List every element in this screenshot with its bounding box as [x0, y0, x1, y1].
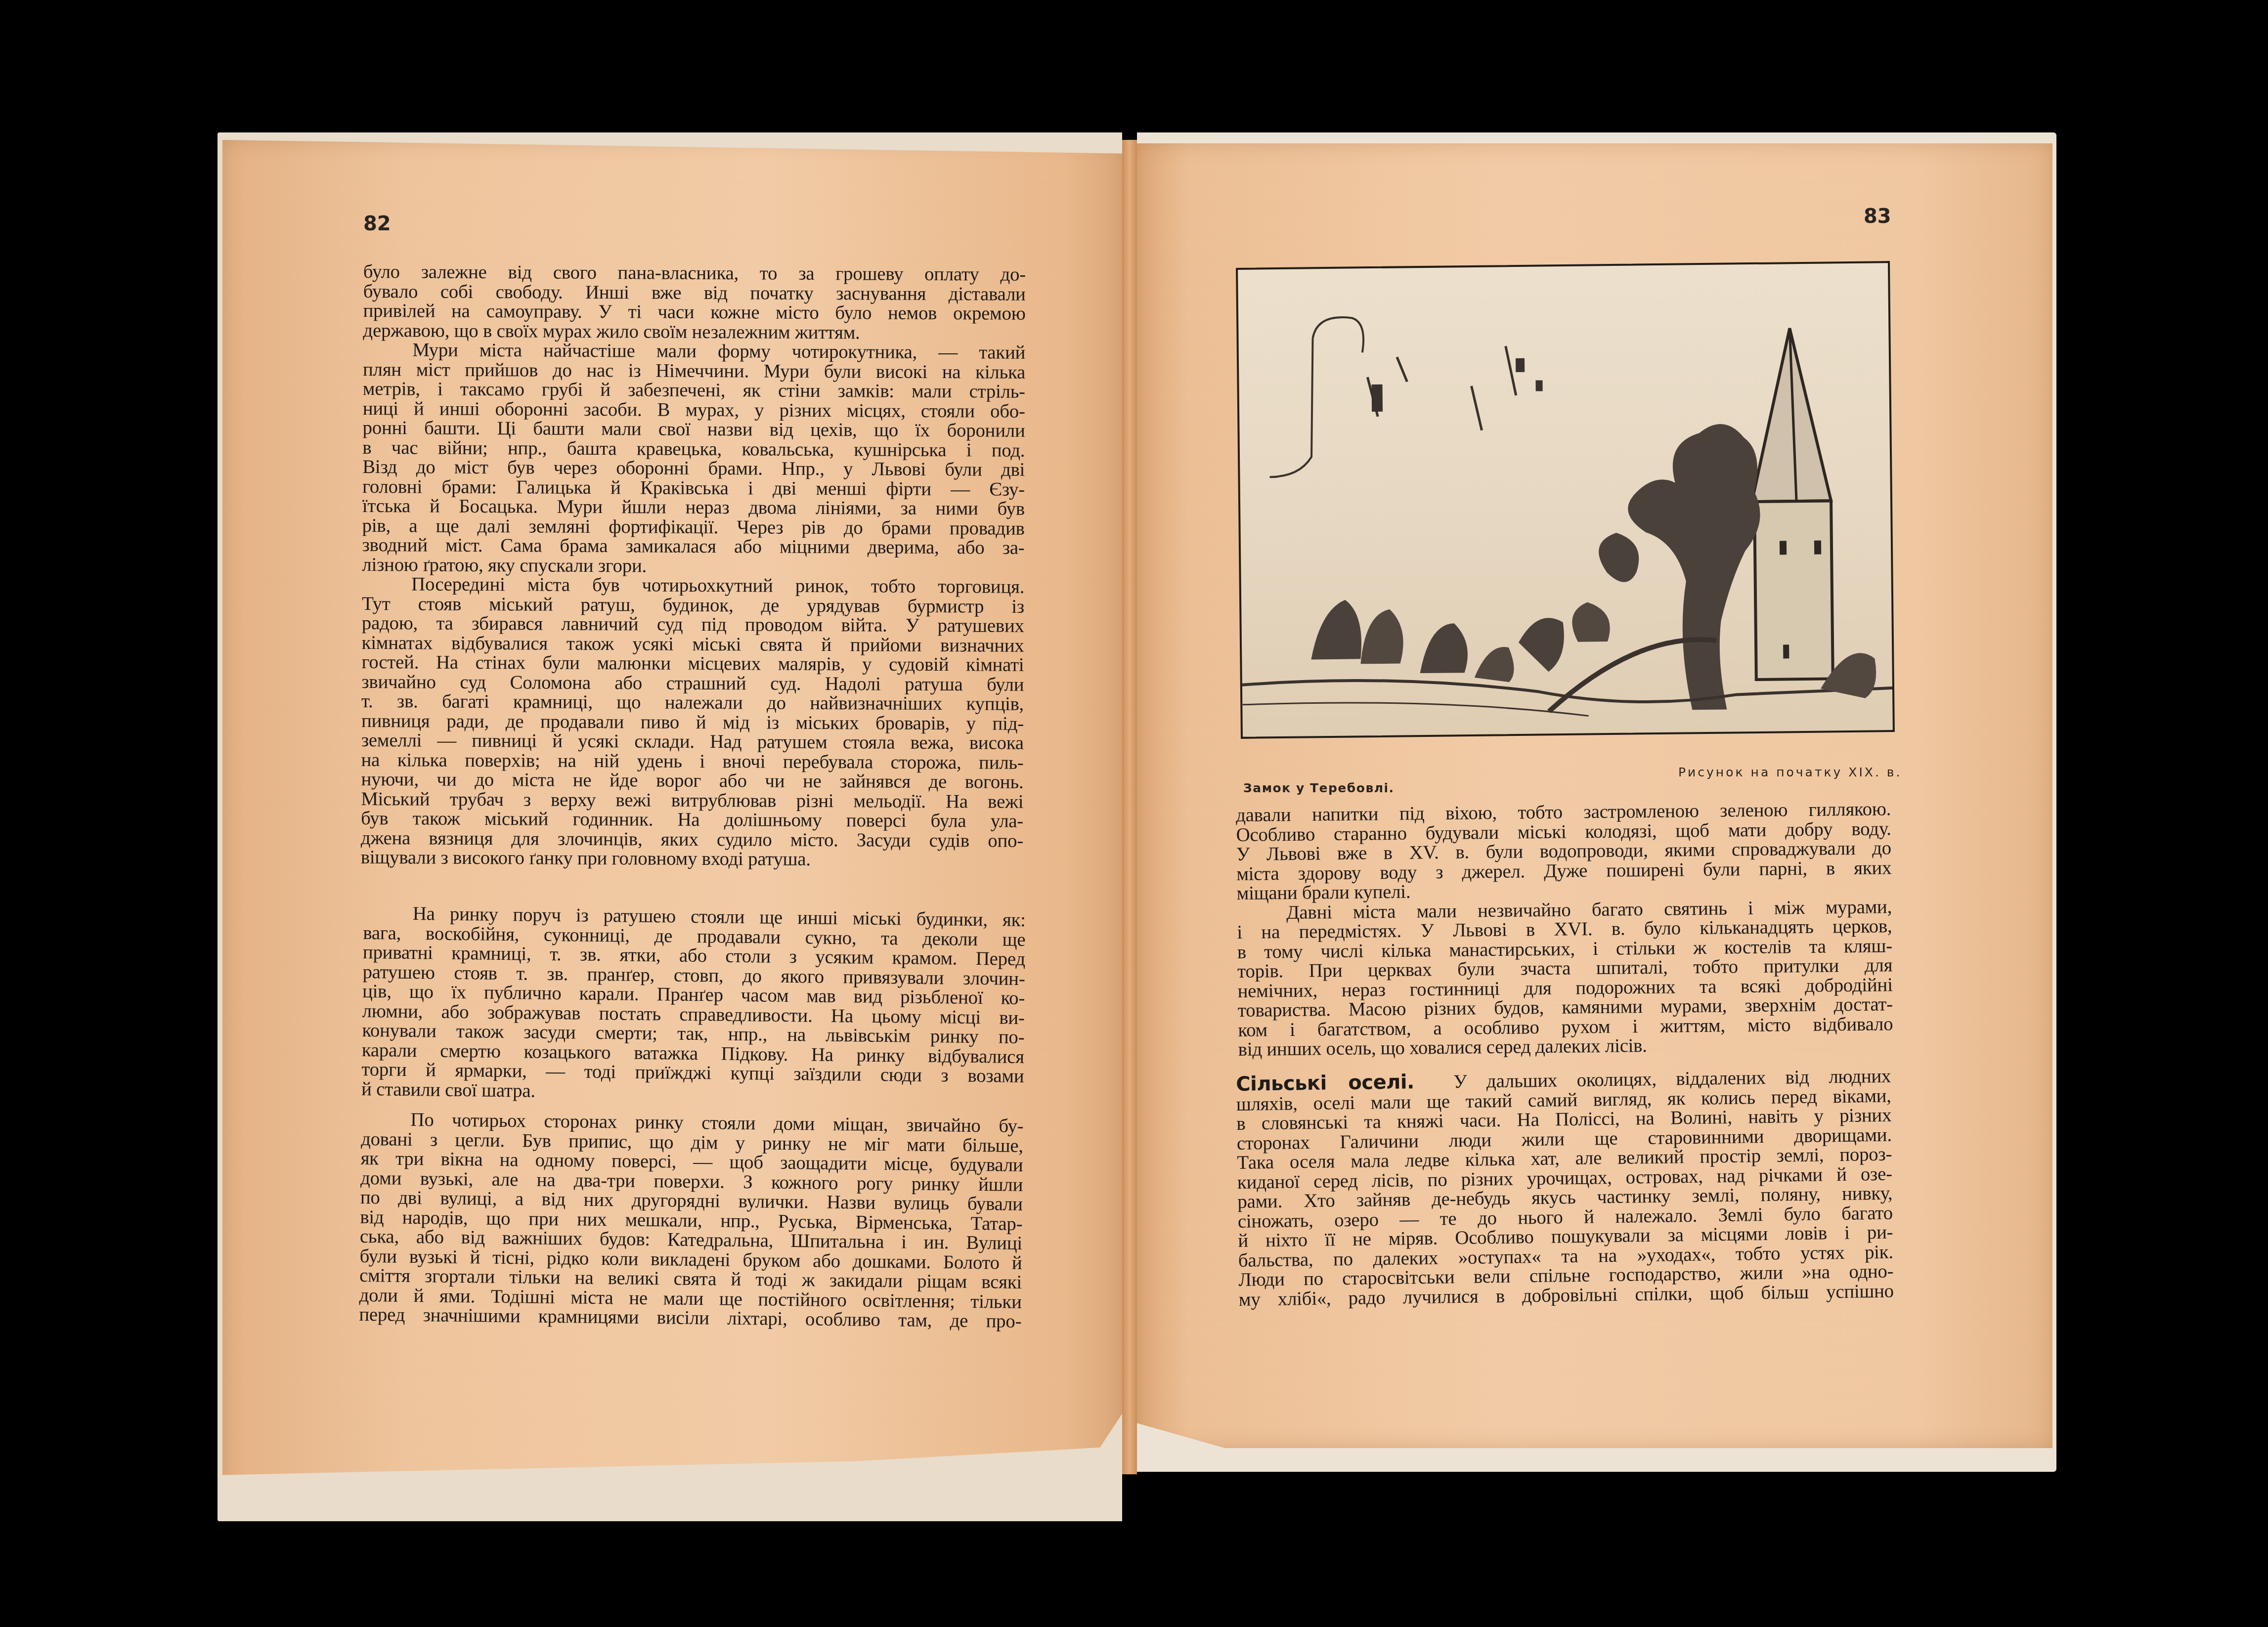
- right-page-text-upper: давали напитки під віхою, тобто застромл…: [1236, 799, 1893, 1059]
- page-number-left: 82: [363, 213, 391, 235]
- paragraph: Сільські оселі. У дальших околицях, відд…: [1236, 1067, 1894, 1309]
- illustration-caption: Замок у Теребовлі.: [1243, 781, 1395, 795]
- book-gutter: [1122, 140, 1137, 1474]
- paragraph: На ринку поруч із ратушею стояли ще инші…: [361, 903, 1026, 1106]
- castle-tower-drawing-icon: [1238, 263, 1893, 737]
- paragraph: було залежне від свого пана-власника, то…: [363, 262, 1026, 343]
- right-page-section-rural-settlements: Сільські оселі. У дальших околицях, відд…: [1236, 1067, 1894, 1309]
- paragraph: По чотирьох сторонах ринку стояли доми м…: [359, 1110, 1023, 1331]
- left-page-text-upper: було залежне від свого пана-власника, то…: [361, 262, 1026, 870]
- text-line: віщували з високого ґанку при головному …: [361, 848, 1023, 870]
- paragraph: Мури міста найчастіше мали форму чотирок…: [362, 340, 1025, 577]
- castle-illustration: [1236, 261, 1895, 739]
- left-page-text-lower: На ринку поруч із ратушею стояли ще инші…: [359, 903, 1026, 1331]
- open-book: 82 було залежне від свого пана-власника,…: [0, 0, 2268, 1627]
- illustration-credit: Рисунок на початку XIX. в.: [1678, 765, 1902, 779]
- paragraph: Давні міста мали незвичайно багато святи…: [1237, 897, 1893, 1060]
- page-number-right: 83: [1864, 205, 1891, 228]
- paragraph: Посередині міста був чотирьохкутний рино…: [361, 574, 1025, 870]
- paragraph: давали напитки під віхою, тобто застромл…: [1236, 799, 1892, 903]
